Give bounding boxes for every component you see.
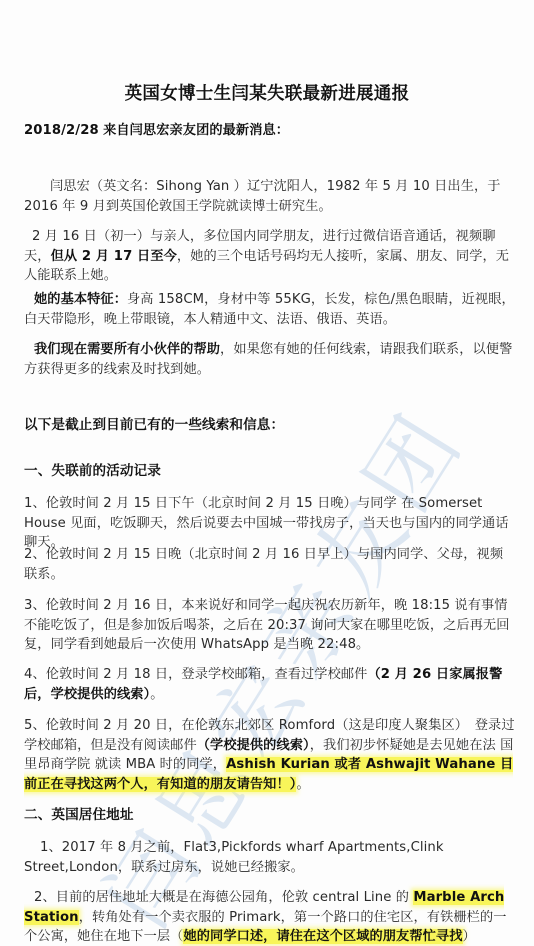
document-page: 闫思宏亲友团 英国女博士生闫某失联最新进展通报 2018/2/28 来自闫思宏亲… bbox=[0, 0, 534, 946]
update-date: 2018/2/28 bbox=[24, 123, 99, 138]
features-label: 她的基本特征： bbox=[34, 292, 127, 307]
help-request-text: 我们现在需要所有小伙伴的帮助 bbox=[34, 342, 220, 357]
school-clue-note-2: （学校提供的线索） bbox=[197, 738, 310, 753]
highlighted-search-request: 她的同学口述，请住在这个区域的朋友帮忙寻找 bbox=[183, 929, 462, 944]
address-item-1: 1、2017 年 8 月之前，Flat3,Pickfords wharf Apa… bbox=[24, 838, 516, 877]
clues-heading: 以下是截止到目前已有的一些线索和信息： bbox=[24, 416, 516, 436]
activity-item-2: 2、伦敦时间 2 月 15 日晚（北京时间 2 月 16 日早上）与国内同学、父… bbox=[24, 545, 516, 584]
section-2-heading: 二、英国居住地址 bbox=[24, 806, 516, 826]
activity-item-3: 3、伦敦时间 2 月 16 日，本来说好和同学一起庆祝农历新年，晚 18:15 … bbox=[24, 596, 516, 655]
intro-paragraph-2: 2 月 16 日（初一）与亲人，多位国内同学朋友，进行过微信语音通话，视频聊天，… bbox=[24, 227, 516, 286]
missing-since-text: 但从 2 月 17 日至今 bbox=[51, 249, 177, 264]
update-source: 来自闫思宏亲友团的最新消息： bbox=[103, 123, 289, 138]
activity-item-4: 4、伦敦时间 2 月 18 日，登录学校邮箱，查看过学校邮件（2 月 26 日家… bbox=[24, 665, 516, 704]
activity-item-5: 5、伦敦时间 2 月 20 日，在伦敦东北郊区 Romford（这是印度人聚集区… bbox=[24, 716, 516, 794]
address-item-2: 2、目前的居住地址大概是在海德公园角，伦敦 central Line 的 Mar… bbox=[24, 888, 516, 946]
physical-features-paragraph: 她的基本特征：身高 158CM，身材中等 55KG，长发，棕色/黑色眼睛，近视眼… bbox=[24, 290, 516, 329]
activity-item-1: 1、伦敦时间 2 月 15 日下午（北京时间 2 月 15 日晚）与同学 在 S… bbox=[24, 494, 516, 553]
section-1-heading: 一、失联前的活动记录 bbox=[24, 462, 516, 482]
intro-paragraph-1: 闫思宏（英文名：Sihong Yan ）辽宁沈阳人，1982 年 5 月 10 … bbox=[24, 177, 516, 216]
page-title: 英国女博士生闫某失联最新进展通报 bbox=[0, 80, 534, 105]
call-for-help-paragraph: 我们现在需要所有小伙伴的帮助，如果您有她的任何线索，请跟我们联系，以便警方获得更… bbox=[24, 340, 516, 379]
update-header: 2018/2/28 来自闫思宏亲友团的最新消息： bbox=[24, 121, 516, 141]
